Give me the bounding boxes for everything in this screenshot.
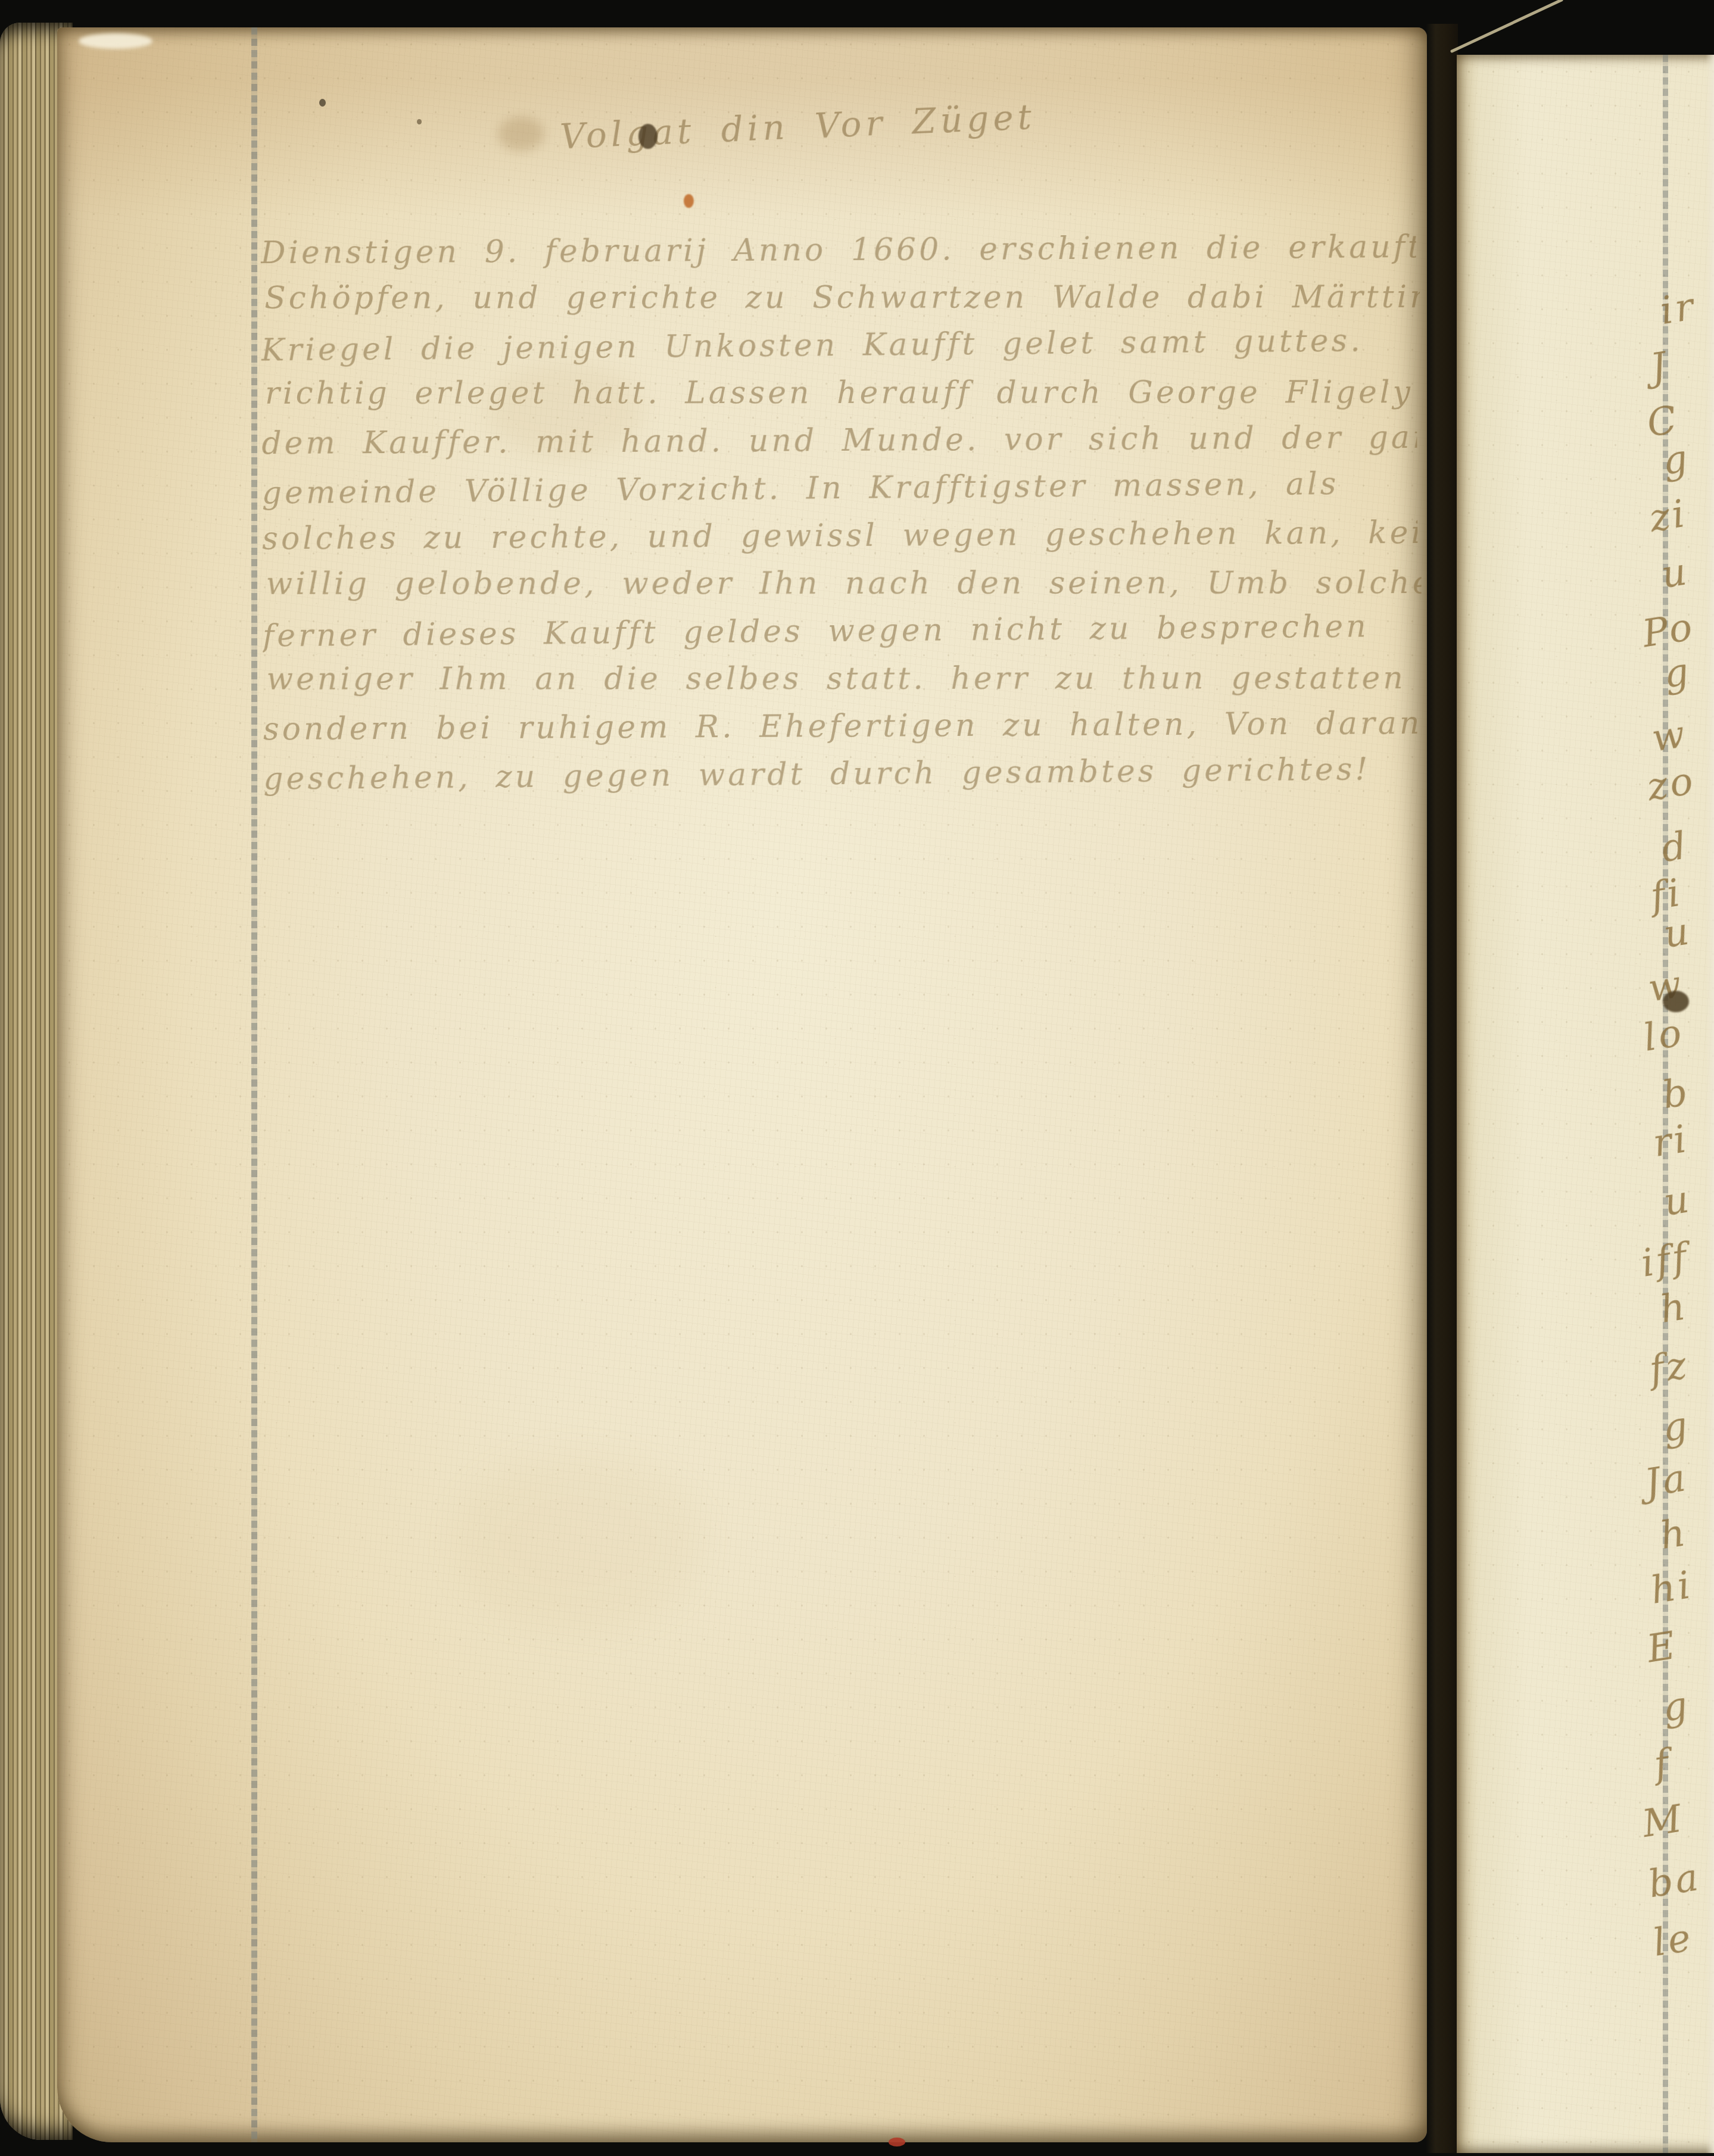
manuscript-line: Dienstigen 9. februarij Anno 1660. ersch…	[261, 223, 1416, 277]
manuscript-line: ferner dieses Kaufft geldes wegen nicht …	[263, 603, 1419, 660]
left-page-margin-line	[251, 27, 257, 2142]
manuscript-line: richtig erleget hatt. Lassen herauff dur…	[265, 369, 1420, 417]
gutter-shadow	[1426, 24, 1458, 2153]
right-page	[1457, 55, 1714, 2153]
manuscript-line: Kriegel die jenigen Unkosten Kaufft gele…	[261, 317, 1417, 375]
page-heading: Volgat din Vor Züget	[559, 96, 1049, 157]
right-page-margin-line	[1663, 55, 1668, 2153]
binding-thread-line	[1452, 0, 1562, 51]
manuscript-line: sondern bei ruhigem R. Ehefertigen zu ha…	[263, 700, 1419, 753]
manuscript-line: geschehen, zu gegen wardt durch gesambte…	[263, 745, 1419, 803]
manuscript-line: weniger Ihm an die selbes statt. herr zu…	[266, 654, 1422, 703]
manuscript-line: willig gelobende, weder Ihn nach den sei…	[266, 559, 1422, 608]
left-page: Volgat din Vor Züget Dienstigen 9. febru…	[57, 27, 1427, 2142]
body-text: Dienstigen 9. februarij Anno 1660. ersch…	[261, 223, 1419, 801]
manuscript-line: solches zu rechte, und gewissl wegen ges…	[262, 509, 1417, 563]
manuscript-line: dem Kauffer. mit hand. und Munde. vor si…	[261, 414, 1417, 467]
book-scan: Volgat din Vor Züget Dienstigen 9. febru…	[0, 0, 1714, 2156]
manuscript-line: Schöpfen, und gerichte zu Schwartzen Wal…	[264, 273, 1420, 322]
paper-texture	[1457, 55, 1714, 2153]
manuscript-line: gemeinde Völlige Vorzicht. In Krafftigst…	[261, 460, 1417, 517]
